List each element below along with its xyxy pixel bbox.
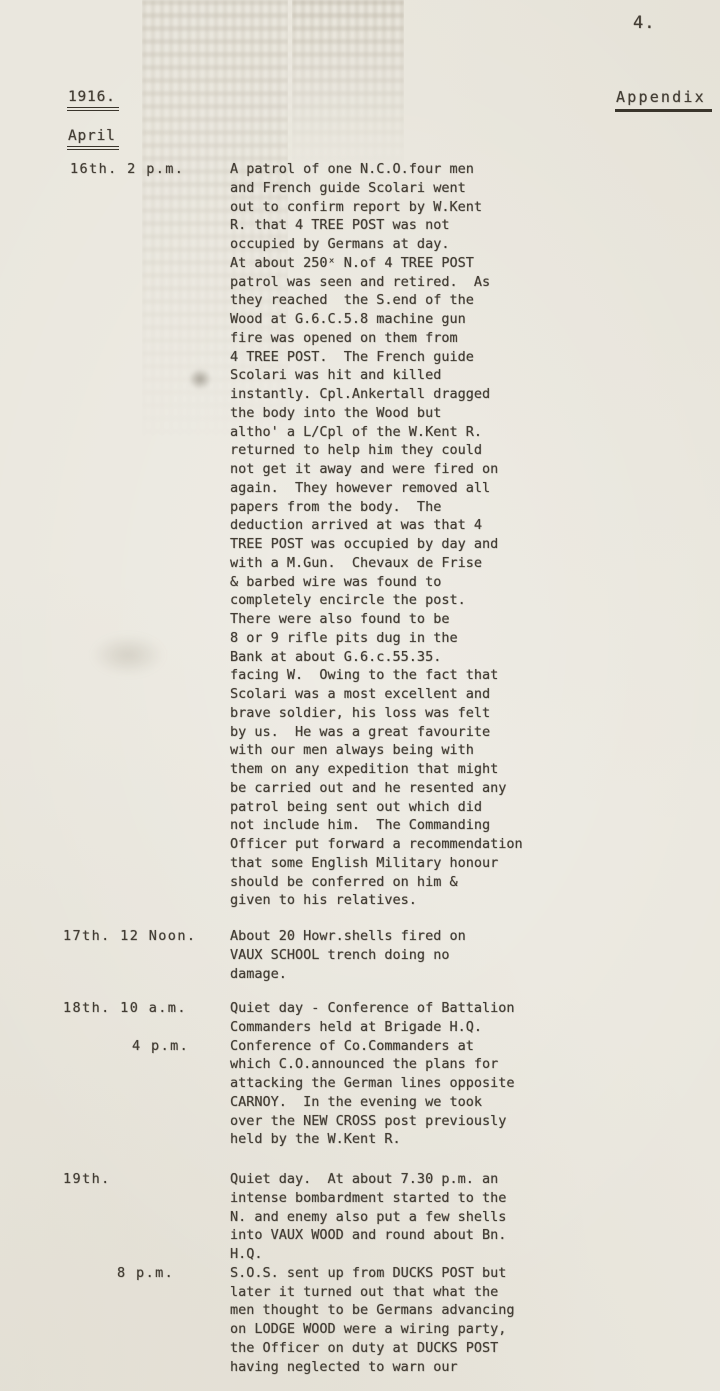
entry-line: N. and enemy also put a few shells [230, 1208, 713, 1227]
entry-line: not include him. The Commanding [230, 816, 713, 835]
entry-line: with our men always being with [230, 741, 713, 760]
entry-line: the body into the Wood but [230, 404, 713, 423]
appendix-heading: Appendix [615, 88, 712, 112]
entry-line: fire was opened on them from [230, 329, 713, 348]
entry-line: & barbed wire was found to [230, 573, 713, 592]
year-heading: 1916. [67, 89, 119, 111]
entry-line: Conference of Co.Commanders at [230, 1037, 713, 1056]
entry-line: having neglected to warn our [230, 1358, 713, 1377]
entry-date-label: 19th. [63, 1170, 111, 1189]
entry-line: 4 TREE POST. The French guide [230, 348, 713, 367]
entry-line: Bank at about G.6.c.55.35. [230, 648, 713, 667]
entry-line: Quiet day. At about 7.30 p.m. an [230, 1170, 713, 1189]
entry-date-label: 18th. 10 a.m. [63, 999, 187, 1018]
bleed-through-text [292, 0, 404, 178]
entry-time-label: 8 p.m. [117, 1264, 174, 1283]
entry-line: Scolari was hit and killed [230, 366, 713, 385]
entry-line: CARNOY. In the evening we took [230, 1093, 713, 1112]
entry-line: occupied by Germans at day. [230, 235, 713, 254]
diary-entry: 18th. 10 a.m.Quiet day - Conference of B… [63, 999, 713, 1149]
page-number: 4. [633, 13, 655, 33]
entry-line: them on any expedition that might [230, 760, 713, 779]
scanned-diary-page: 4. 1916. Appendix April 16th. 2 p.m.A pa… [0, 0, 720, 1391]
entry-line: they reached the S.end of the [230, 291, 713, 310]
entry-line: returned to help him they could [230, 441, 713, 460]
entry-line: brave soldier, his loss was felt [230, 704, 713, 723]
entry-line: by us. He was a great favourite [230, 723, 713, 742]
entry-line: over the NEW CROSS post previously [230, 1112, 713, 1131]
month-heading: April [67, 128, 119, 150]
entry-date-label: 17th. 12 Noon. [63, 927, 196, 946]
entry-text: Quiet day - Conference of BattalionComma… [230, 999, 713, 1037]
entry-line: Scolari was a most excellent and [230, 685, 713, 704]
entry-line: out to confirm report by W.Kent [230, 198, 713, 217]
entry-line: There were also found to be [230, 610, 713, 629]
entry-line: damage. [230, 965, 713, 984]
entry-line: given to his relatives. [230, 891, 713, 910]
entry-line: not get it away and were fired on [230, 460, 713, 479]
entry-line: VAUX SCHOOL trench doing no [230, 946, 713, 965]
diary-entry: 19th.8 p.m.Quiet day. At about 7.30 p.m.… [63, 1170, 713, 1376]
entry-line: attacking the German lines opposite [230, 1074, 713, 1093]
entry-line: which C.O.announced the plans for [230, 1055, 713, 1074]
entry-text: About 20 Howr.shells fired onVAUX SCHOOL… [230, 927, 713, 983]
entry-text: A patrol of one N.C.O.four menand French… [230, 160, 713, 910]
entry-line: S.O.S. sent up from DUCKS POST but [230, 1264, 713, 1283]
entry-segment: 4 p.m.Conference of Co.Commanders atwhic… [63, 1037, 713, 1150]
entry-time-label: 4 p.m. [132, 1037, 189, 1056]
entry-line: the Officer on duty at DUCKS POST [230, 1339, 713, 1358]
diary-entry: 16th. 2 p.m.A patrol of one N.C.O.four m… [63, 160, 713, 910]
entry-line: men thought to be Germans advancing [230, 1301, 713, 1320]
entry-line: be carried out and he resented any [230, 779, 713, 798]
entry-date-label: 16th. 2 p.m. [70, 160, 184, 179]
entry-line: that some English Military honour [230, 854, 713, 873]
entry-line: deduction arrived at was that 4 [230, 516, 713, 535]
entry-segment: 17th. 12 Noon.About 20 Howr.shells fired… [63, 927, 713, 983]
diary-entry: 17th. 12 Noon.About 20 Howr.shells fired… [63, 927, 713, 983]
entry-line: H.Q. [230, 1245, 713, 1264]
entry-line: into VAUX WOOD and round about Bn. [230, 1226, 713, 1245]
entry-text: Quiet day. At about 7.30 p.m. anintense … [230, 1170, 713, 1376]
entry-line: held by the W.Kent R. [230, 1130, 713, 1149]
entry-line: facing W. Owing to the fact that [230, 666, 713, 685]
entry-line: should be conferred on him & [230, 873, 713, 892]
entry-line: TREE POST was occupied by day and [230, 535, 713, 554]
entry-line: Commanders held at Brigade H.Q. [230, 1018, 713, 1037]
entry-line: on LODGE WOOD were a wiring party, [230, 1320, 713, 1339]
entry-segment: 19th.8 p.m.Quiet day. At about 7.30 p.m.… [63, 1170, 713, 1376]
entry-line: again. They however removed all [230, 479, 713, 498]
entry-line: Wood at G.6.C.5.8 machine gun [230, 310, 713, 329]
entry-line: and French guide Scolari went [230, 179, 713, 198]
entry-line: At about 250ˣ N.of 4 TREE POST [230, 254, 713, 273]
entry-line: A patrol of one N.C.O.four men [230, 160, 713, 179]
entry-text: Conference of Co.Commanders atwhich C.O.… [230, 1037, 713, 1150]
entry-line: with a M.Gun. Chevaux de Frise [230, 554, 713, 573]
entry-line: papers from the body. The [230, 498, 713, 517]
entry-line: later it turned out that what the [230, 1283, 713, 1302]
entry-line: Officer put forward a recommendation [230, 835, 713, 854]
entry-line: altho' a L/Cpl of the W.Kent R. [230, 423, 713, 442]
entry-line: completely encircle the post. [230, 591, 713, 610]
entry-line: patrol was seen and retired. As [230, 273, 713, 292]
entry-line: 8 or 9 rifle pits dug in the [230, 629, 713, 648]
entry-line: intense bombardment started to the [230, 1189, 713, 1208]
entry-line: Quiet day - Conference of Battalion [230, 999, 713, 1018]
entry-segment: 16th. 2 p.m.A patrol of one N.C.O.four m… [63, 160, 713, 910]
entry-line: R. that 4 TREE POST was not [230, 216, 713, 235]
entry-line: About 20 Howr.shells fired on [230, 927, 713, 946]
entry-line: instantly. Cpl.Ankertall dragged [230, 385, 713, 404]
entry-segment: 18th. 10 a.m.Quiet day - Conference of B… [63, 999, 713, 1037]
entry-line: patrol being sent out which did [230, 798, 713, 817]
